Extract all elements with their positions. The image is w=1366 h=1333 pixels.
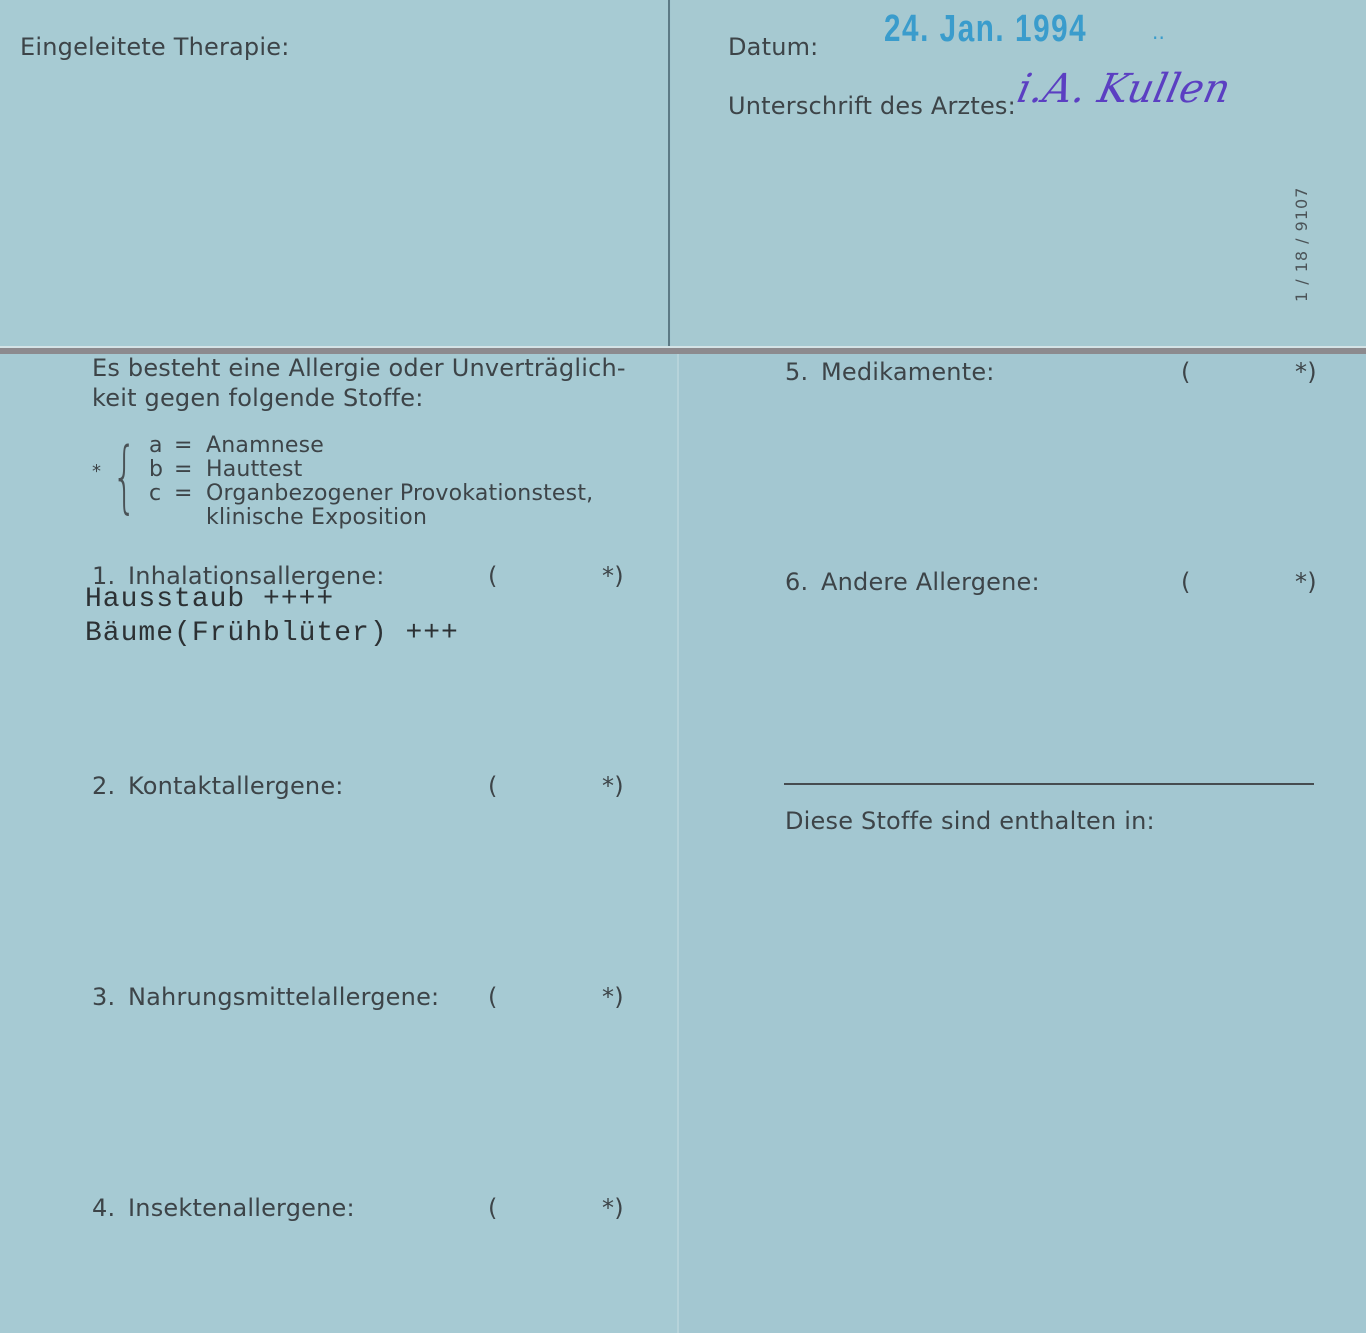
section-3-label: Nahrungsmittelallergene: <box>128 983 439 1011</box>
date-stamp: 24. Jan. 1994 <box>884 8 1087 51</box>
legend-eq-a: = <box>174 434 193 458</box>
section-5-open: ( <box>1181 358 1191 386</box>
section-5-number: 5. <box>785 358 808 386</box>
legend-text-c-cont: klinische Exposition <box>206 506 427 530</box>
signature-label: Unterschrift des Arztes: <box>728 92 1016 120</box>
section-6-label: Andere Allergene: <box>821 568 1040 596</box>
legend-key-c: c <box>149 482 161 506</box>
legend-text-a: Anamnese <box>206 434 324 458</box>
section-6-close: *) <box>1295 568 1317 596</box>
vertical-fold-bottom <box>677 354 679 1333</box>
legend-text-b: Hauttest <box>206 458 302 482</box>
section-4-open: ( <box>488 1194 498 1222</box>
intro-line-1: Es besteht eine Allergie oder Unverträgl… <box>92 354 626 382</box>
contained-in-label: Diese Stoffe sind enthalten in: <box>785 807 1155 835</box>
legend-brace: { <box>112 438 137 516</box>
vertical-fold-top <box>668 0 670 348</box>
intro-line-2: keit gegen folgende Stoffe: <box>92 384 423 412</box>
section-2-open: ( <box>488 772 498 800</box>
section-1-entry-1: Hausstaub ++++ <box>85 584 334 615</box>
section-1-open: ( <box>488 562 498 590</box>
section-1-close: *) <box>602 562 624 590</box>
section-6-number: 6. <box>785 568 808 596</box>
legend-text-c: Organbezogener Provokationstest, <box>206 482 593 506</box>
panel-bottom-right <box>679 354 1366 1333</box>
legend-asterisk: * <box>92 460 101 484</box>
section-6-open: ( <box>1181 568 1191 596</box>
legend-key-a: a <box>149 434 163 458</box>
section-3-close: *) <box>602 983 624 1011</box>
legend-eq-b: = <box>174 458 193 482</box>
section-5-label: Medikamente: <box>821 358 995 386</box>
section-5-close: *) <box>1295 358 1317 386</box>
section-2-number: 2. <box>92 772 115 800</box>
section-4-number: 4. <box>92 1194 115 1222</box>
therapy-label: Eingeleitete Therapie: <box>20 33 290 61</box>
section-3-number: 3. <box>92 983 115 1011</box>
legend-key-b: b <box>149 458 163 482</box>
section-4-label: Insektenallergene: <box>128 1194 355 1222</box>
separator-line <box>784 783 1314 785</box>
section-1-entry-2: Bäume(Frühblüter) +++ <box>85 618 459 649</box>
section-2-label: Kontaktallergene: <box>128 772 344 800</box>
section-4-close: *) <box>602 1194 624 1222</box>
legend-eq-c: = <box>174 482 193 506</box>
section-2-close: *) <box>602 772 624 800</box>
doctor-signature: i.A. Kullen <box>1013 66 1235 112</box>
stamp-dots: .. <box>1152 20 1165 44</box>
section-3-open: ( <box>488 983 498 1011</box>
form-code: 1 / 18 / 9107 <box>1292 187 1311 302</box>
date-label: Datum: <box>728 33 818 61</box>
